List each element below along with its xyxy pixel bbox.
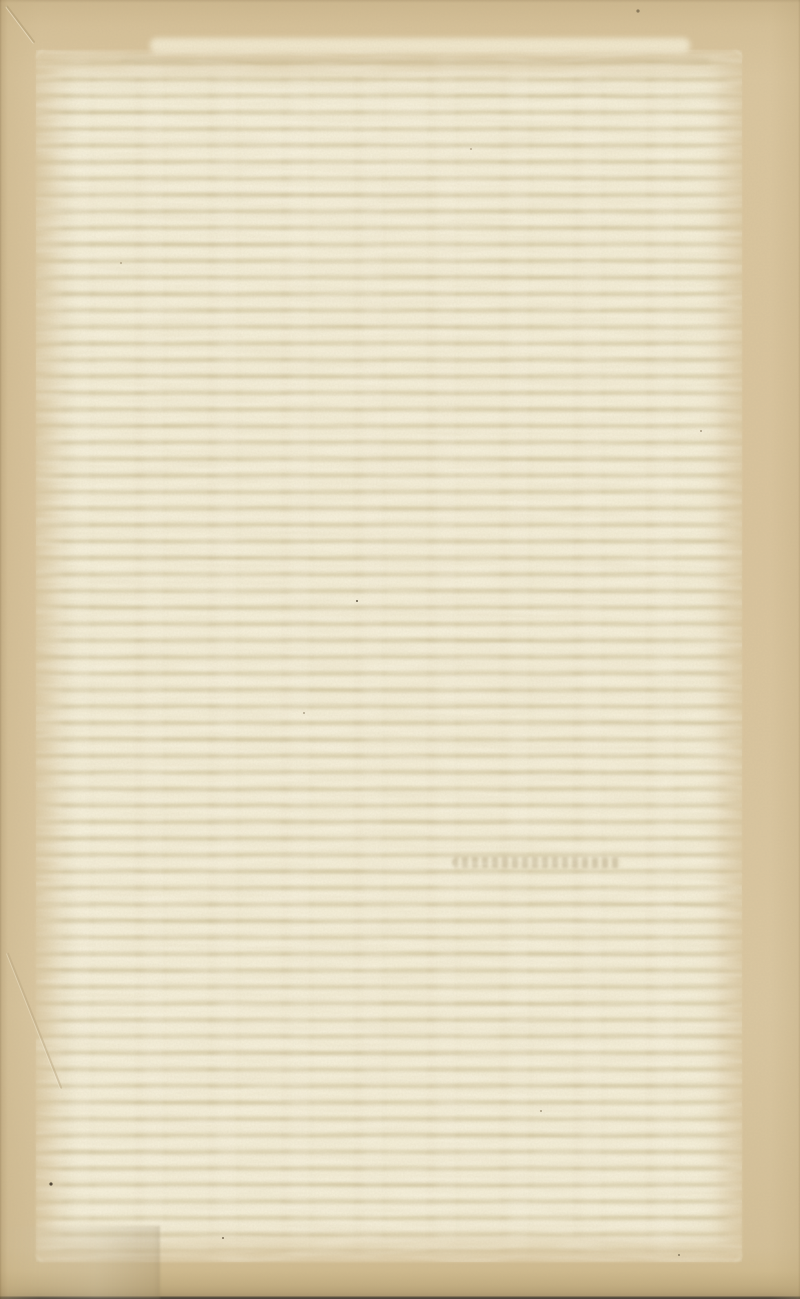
text-block-vignette <box>36 50 742 1262</box>
showthrough-heading-line <box>150 38 690 53</box>
foxing-specks <box>0 0 2 2</box>
showthrough-text-block <box>36 50 742 1262</box>
corner-fold-bottom-left <box>0 1226 160 1299</box>
showthrough-dark-line <box>452 857 622 868</box>
scanned-book-page <box>0 0 800 1299</box>
corner-crease-top-left <box>6 5 35 43</box>
showthrough-heading-underline <box>120 58 710 63</box>
